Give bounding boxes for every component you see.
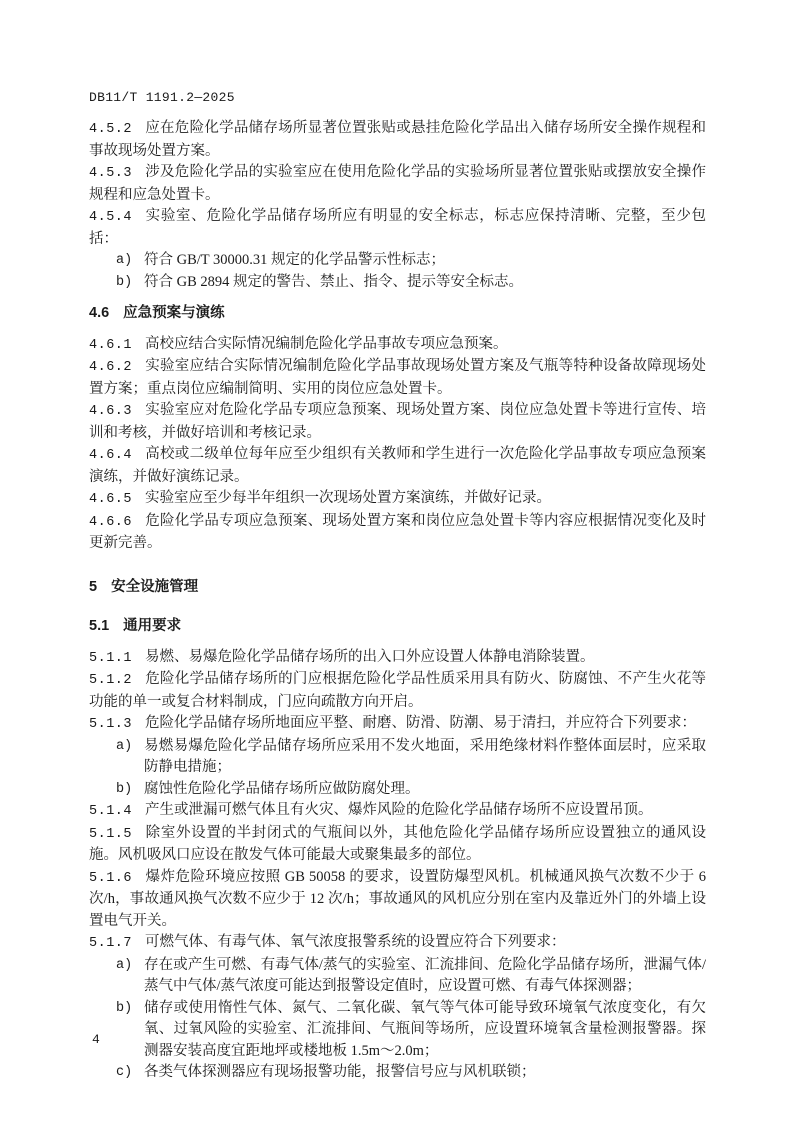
clause-number: 5.1.5 xyxy=(89,827,132,842)
clause-number: 4.5.2 xyxy=(89,122,132,137)
chapter-number: 5 xyxy=(89,579,97,595)
clause-number: 4.6.2 xyxy=(89,360,132,375)
clause-5-1-5: 5.1.5除室外设置的半封闭式的气瓶间以外，其他危险化学品储存场所应设置独立的通… xyxy=(89,823,706,867)
clause-number: 4.5.4 xyxy=(89,210,132,225)
list-item-marker: b) xyxy=(116,272,144,294)
list-item-b: b)符合 GB 2894 规定的警告、禁止、指令、提示等安全标志。 xyxy=(89,272,706,294)
clause-5-1-2: 5.1.2危险化学品储存场所的门应根据危险化学品性质采用具有防火、防腐蚀、不产生… xyxy=(89,669,706,713)
clause-number: 5.1.4 xyxy=(89,804,132,819)
list-item-b: b)储存或使用惰性气体、氮气、二氧化碳、氧气等气体可能导致环境氧气浓度变化，有欠… xyxy=(89,998,706,1063)
list-item-text: 储存或使用惰性气体、氮气、二氧化碳、氧气等气体可能导致环境氧气浓度变化，有欠氧、… xyxy=(144,998,706,1063)
running-header: DB11/T 1191.2—2025 xyxy=(89,90,235,105)
list-item-text: 腐蚀性危险化学品储存场所应做防腐处理。 xyxy=(144,779,706,801)
clause-4-5-2: 4.5.2应在危险化学品储存场所显著位置张贴或悬挂危险化学品出入储存场所安全操作… xyxy=(89,118,706,162)
list-item-a: a)存在或产生可燃、有毒气体/蒸气的实验室、汇流排间、危险化学品储存场所，泄漏气… xyxy=(89,955,706,998)
list-item-marker: a) xyxy=(116,955,144,998)
clause-text: 可燃气体、有毒气体、氧气浓度报警系统的设置应符合下列要求： xyxy=(145,934,566,950)
clause-number: 4.6.6 xyxy=(89,515,132,530)
clause-number: 4.6.4 xyxy=(89,448,132,463)
list-item-text: 易燃易爆危险化学品储存场所应采用不发火地面，采用绝缘材料作整体面层时，应采取防静… xyxy=(144,736,706,779)
section-number: 4.6 xyxy=(89,305,109,321)
clause-4-6-1: 4.6.1高校应结合实际情况编制危险化学品事故专项应急预案。 xyxy=(89,334,706,357)
section-heading-5-1: 5.1通用要求 xyxy=(89,616,706,638)
clause-5-1-7: 5.1.7可燃气体、有毒气体、氧气浓度报警系统的设置应符合下列要求： xyxy=(89,932,706,955)
clause-text: 高校应结合实际情况编制危险化学品事故专项应急预案。 xyxy=(145,336,508,352)
clause-4-6-5: 4.6.5实验室应至少每半年组织一次现场处置方案演练，并做好记录。 xyxy=(89,488,706,511)
clause-4-5-4: 4.5.4实验室、危险化学品储存场所应有明显的安全标志，标志应保持清晰、完整，至… xyxy=(89,206,706,250)
list-item-marker: a) xyxy=(116,250,144,272)
clause-text: 高校或二级单位每年应至少组织有关教师和学生进行一次危险化学品事故专项应急预案演练… xyxy=(89,446,706,485)
section-title: 应急预案与演练 xyxy=(123,305,225,321)
section-title: 通用要求 xyxy=(123,618,181,634)
clause-4-6-2: 4.6.2实验室应结合实际情况编制危险化学品事故现场处置方案及气瓶等特种设备故障… xyxy=(89,356,706,400)
clause-4-6-3: 4.6.3实验室应对危险化学品专项应急预案、现场处置方案、岗位应急处置卡等进行宣… xyxy=(89,400,706,444)
clause-number: 4.6.1 xyxy=(89,338,132,353)
clause-text: 产生或泄漏可燃气体且有火灾、爆炸风险的危险化学品储存场所不应设置吊顶。 xyxy=(145,802,653,818)
list-item-marker: b) xyxy=(116,779,144,801)
clause-number: 4.5.3 xyxy=(89,166,132,181)
clause-5-1-1: 5.1.1易燃、易爆危险化学品储存场所的出入口外应设置人体静电消除装置。 xyxy=(89,647,706,670)
list-item-a: a)易燃易爆危险化学品储存场所应采用不发火地面，采用绝缘材料作整体面层时，应采取… xyxy=(89,736,706,779)
clause-text: 除室外设置的半封闭式的气瓶间以外，其他危险化学品储存场所应设置独立的通风设施。风… xyxy=(89,825,706,864)
list-item-b: b)腐蚀性危险化学品储存场所应做防腐处理。 xyxy=(89,779,706,801)
clause-text: 爆炸危险环境应按照 GB 50058 的要求，设置防爆型风机。机械通风换气次数不… xyxy=(89,869,706,929)
list-item-text: 符合 GB 2894 规定的警告、禁止、指令、提示等安全标志。 xyxy=(144,272,706,294)
list-item-text: 各类气体探测器应有现场报警功能，报警信号应与风机联锁； xyxy=(144,1062,706,1084)
list-item-text: 存在或产生可燃、有毒气体/蒸气的实验室、汇流排间、危险化学品储存场所，泄漏气体/… xyxy=(144,955,706,998)
page-number: 4 xyxy=(92,1032,100,1047)
list-item-a: a)符合 GB/T 30000.31 规定的化学品警示性标志； xyxy=(89,250,706,272)
clause-number: 4.6.5 xyxy=(89,492,132,507)
clause-text: 涉及危险化学品的实验室应在使用危险化学品的实验场所显著位置张贴或摆放安全操作规程… xyxy=(89,164,706,203)
clause-text: 实验室应结合实际情况编制危险化学品事故现场处置方案及气瓶等特种设备故障现场处置方… xyxy=(89,358,706,397)
clause-text: 应在危险化学品储存场所显著位置张贴或悬挂危险化学品出入储存场所安全操作规程和事故… xyxy=(89,120,706,159)
clause-4-6-4: 4.6.4高校或二级单位每年应至少组织有关教师和学生进行一次危险化学品事故专项应… xyxy=(89,444,706,488)
clause-5-1-6: 5.1.6爆炸危险环境应按照 GB 50058 的要求，设置防爆型风机。机械通风… xyxy=(89,867,706,933)
list-item-c: c)各类气体探测器应有现场报警功能，报警信号应与风机联锁； xyxy=(89,1062,706,1084)
list-item-marker: a) xyxy=(116,736,144,779)
clause-text: 危险化学品专项应急预案、现场处置方案和岗位应急处置卡等内容应根据情况变化及时更新… xyxy=(89,513,706,552)
section-number: 5.1 xyxy=(89,618,109,634)
clause-text: 实验室、危险化学品储存场所应有明显的安全标志，标志应保持清晰、完整，至少包括： xyxy=(89,208,706,247)
list-item-marker: c) xyxy=(116,1062,144,1084)
clause-number: 4.6.3 xyxy=(89,404,132,419)
list-item-text: 符合 GB/T 30000.31 规定的化学品警示性标志； xyxy=(144,250,706,272)
clause-5-1-4: 5.1.4产生或泄漏可燃气体且有火灾、爆炸风险的危险化学品储存场所不应设置吊顶。 xyxy=(89,800,706,823)
clause-text: 易燃、易爆危险化学品储存场所的出入口外应设置人体静电消除装置。 xyxy=(145,649,595,665)
clause-5-1-3: 5.1.3危险化学品储存场所地面应平整、耐磨、防滑、防潮、易于清扫，并应符合下列… xyxy=(89,713,706,736)
document-page: DB11/T 1191.2—2025 4.5.2应在危险化学品储存场所显著位置张… xyxy=(0,0,793,1123)
clause-number: 5.1.3 xyxy=(89,717,132,732)
clause-text: 实验室应对危险化学品专项应急预案、现场处置方案、岗位应急处置卡等进行宣传、培训和… xyxy=(89,402,706,441)
clause-text: 危险化学品储存场所的门应根据危险化学品性质采用具有防火、防腐蚀、不产生火花等功能… xyxy=(89,671,706,710)
clause-number: 5.1.2 xyxy=(89,673,132,688)
clause-4-5-3: 4.5.3涉及危险化学品的实验室应在使用危险化学品的实验场所显著位置张贴或摆放安… xyxy=(89,162,706,206)
chapter-title: 安全设施管理 xyxy=(111,579,198,595)
clause-number: 5.1.6 xyxy=(89,871,132,886)
clause-text: 危险化学品储存场所地面应平整、耐磨、防滑、防潮、易于清扫，并应符合下列要求： xyxy=(145,715,696,731)
chapter-heading-5: 5安全设施管理 xyxy=(89,577,706,599)
list-item-marker: b) xyxy=(116,998,144,1063)
clause-number: 5.1.7 xyxy=(89,936,132,951)
clause-text: 实验室应至少每半年组织一次现场处置方案演练，并做好记录。 xyxy=(145,490,551,506)
document-body: 4.5.2应在危险化学品储存场所显著位置张贴或悬挂危险化学品出入储存场所安全操作… xyxy=(89,118,706,1084)
clause-number: 5.1.1 xyxy=(89,651,132,666)
section-heading-4-6: 4.6应急预案与演练 xyxy=(89,303,706,325)
clause-4-6-6: 4.6.6危险化学品专项应急预案、现场处置方案和岗位应急处置卡等内容应根据情况变… xyxy=(89,511,706,555)
